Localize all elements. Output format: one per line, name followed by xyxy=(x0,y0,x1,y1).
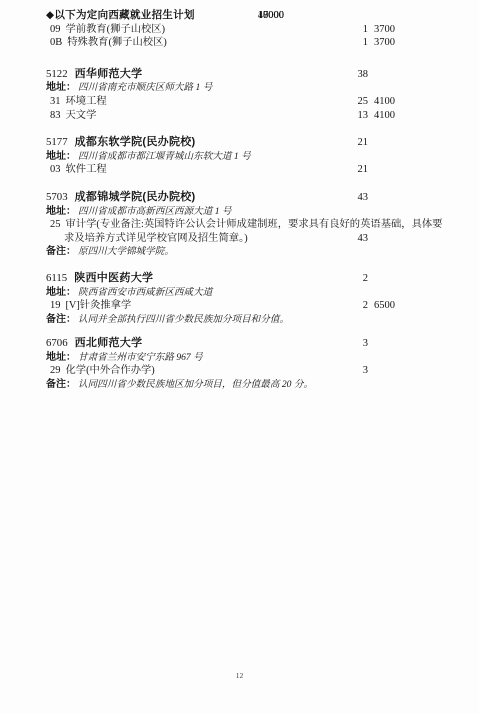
address-label: 地址： xyxy=(46,352,76,363)
remark-label: 备注： xyxy=(46,246,76,257)
course-row: 19[V]针灸推拿学26500 xyxy=(0,299,479,313)
page-number: 12 xyxy=(0,671,479,680)
university-row: 6706西北师范大学3 xyxy=(0,337,479,351)
document-page: ◆以下为定向西藏就业招生计划09学前教育(狮子山校区)137000B特殊教育(狮… xyxy=(0,0,479,713)
admission-plan-list: ◆以下为定向西藏就业招生计划09学前教育(狮子山校区)137000B特殊教育(狮… xyxy=(0,9,479,392)
tuition-fee: 40000 xyxy=(258,9,284,23)
remark-label: 备注： xyxy=(46,314,76,325)
tuition-fee: 4100 xyxy=(374,95,395,109)
university-code: 5177 xyxy=(46,136,68,148)
university-row: 5703成都锦城学院(民办院校)43 xyxy=(0,191,479,205)
enrollment-count: 2 xyxy=(363,272,368,286)
course-row: 09学前教育(狮子山校区)13700 xyxy=(0,23,479,37)
university-name: 陕西中医药大学 xyxy=(74,272,153,284)
enrollment-count: 2 xyxy=(363,299,368,313)
university-code: 6115 xyxy=(46,272,67,284)
section-university-6115: 6115陕西中医药大学2地址：陕西省西安市西咸新区西咸大道19[V]针灸推拿学2… xyxy=(0,272,479,326)
tuition-fee: 4100 xyxy=(374,109,395,123)
enrollment-count: 21 xyxy=(358,136,369,150)
address-label: 地址： xyxy=(46,151,76,162)
remark-label: 备注： xyxy=(46,379,76,390)
tuition-fee: 3700 xyxy=(374,36,395,50)
enrollment-count: 3 xyxy=(363,364,368,378)
address-text: 陕西省西安市西咸新区西咸大道 xyxy=(78,287,212,298)
address-row: 地址：甘肃省兰州市安宁东路 967 号 xyxy=(0,351,479,365)
course-row: 31环境工程254100 xyxy=(0,95,479,109)
remark-row: 备注：认同并全部执行四川省少数民族加分项目和分值。 xyxy=(0,313,479,327)
address-row: 地址：四川省成都市高新西区西源大道 1 号 xyxy=(0,205,479,219)
tuition-fee: 3700 xyxy=(374,23,395,37)
course-row: 25审计学(专业备注:英国特许公认会计师成建制班，要求具有良好的英语基础，具体要 xyxy=(0,218,479,232)
university-name: 西北师范大学 xyxy=(75,337,143,349)
section-university-6706: 6706西北师范大学3地址：甘肃省兰州市安宁东路 967 号29化学(中外合作办… xyxy=(0,337,479,391)
enrollment-count: 21 xyxy=(358,163,369,177)
section-university-5703: 5703成都锦城学院(民办院校)43地址：四川省成都市高新西区西源大道 1 号2… xyxy=(0,191,479,259)
section-tibet-directed-plan: ◆以下为定向西藏就业招生计划09学前教育(狮子山校区)137000B特殊教育(狮… xyxy=(0,9,479,50)
enrollment-count: 38 xyxy=(358,68,369,82)
enrollment-count: 3 xyxy=(363,337,368,351)
enrollment-count: 1 xyxy=(363,23,368,37)
address-text: 四川省成都市高新西区西源大道 1 号 xyxy=(78,206,232,217)
university-row: 5177成都东软学院(民办院校)21 xyxy=(0,136,479,150)
address-row: 地址：陕西省西安市西咸新区西咸大道 xyxy=(0,286,479,300)
plan-header-label: ◆以下为定向西藏就业招生计划 xyxy=(46,9,195,21)
remark-text: 认同四川省少数民族地区加分项目，但分值最高 20 分。 xyxy=(78,379,313,390)
university-code: 5122 xyxy=(46,68,68,80)
university-name: 成都锦城学院(民办院校) xyxy=(75,191,196,203)
university-name: 成都东软学院(民办院校) xyxy=(75,136,196,148)
university-code: 6706 xyxy=(46,337,68,349)
enrollment-count: 43 xyxy=(358,191,369,205)
course-code: 25 xyxy=(50,219,61,230)
enrollment-count: 43 xyxy=(358,232,369,246)
course-code: 0B xyxy=(50,37,62,48)
university-name: 西华师范大学 xyxy=(75,68,143,80)
address-label: 地址： xyxy=(46,82,76,93)
remark-text: 认同并全部执行四川省少数民族加分项目和分值。 xyxy=(78,314,289,325)
course-code: 19 xyxy=(50,300,61,311)
course-code: 29 xyxy=(50,365,61,376)
course-code: 09 xyxy=(50,24,61,35)
course-code: 31 xyxy=(50,96,61,107)
course-row: 83天文学134100 xyxy=(0,109,479,123)
course-name-continued: 求及培养方式详见学校官网及招生简章。) xyxy=(64,233,248,244)
course-name: [V]针灸推拿学 xyxy=(66,300,132,311)
address-label: 地址： xyxy=(46,287,76,298)
course-code: 03 xyxy=(50,164,61,175)
enrollment-count: 1 xyxy=(363,36,368,50)
remark-row: 备注：认同四川省少数民族地区加分项目，但分值最高 20 分。 xyxy=(0,378,479,392)
course-name: 特殊教育(狮子山校区) xyxy=(67,37,167,48)
course-name: 环境工程 xyxy=(66,96,107,107)
enrollment-count: 25 xyxy=(358,95,369,109)
course-name: 天文学 xyxy=(66,110,97,121)
course-row: 0B特殊教育(狮子山校区)13700 xyxy=(0,36,479,50)
address-text: 四川省成都市都江堰青城山东软大道 1 号 xyxy=(78,151,251,162)
address-row: 地址：四川省成都市都江堰青城山东软大道 1 号 xyxy=(0,150,479,164)
course-name: 学前教育(狮子山校区) xyxy=(66,24,166,35)
tuition-fee: 6500 xyxy=(374,299,395,313)
address-row: 地址：四川省南充市顺庆区师大路 1 号 xyxy=(0,81,479,95)
remark-text: 原四川大学锦城学院。 xyxy=(78,246,174,257)
remark-row: 备注：原四川大学锦城学院。 xyxy=(0,245,479,259)
university-row: 6115陕西中医药大学2 xyxy=(0,272,479,286)
address-text: 甘肃省兰州市安宁东路 967 号 xyxy=(78,352,203,363)
course-row: 29化学(中外合作办学)3 xyxy=(0,364,479,378)
course-name: 化学(中外合作办学) xyxy=(66,365,155,376)
section-university-5177: 5177成都东软学院(民办院校)21地址：四川省成都市都江堰青城山东软大道 1 … xyxy=(0,136,479,177)
course-code: 83 xyxy=(50,110,61,121)
header-row: ◆以下为定向西藏就业招生计划 xyxy=(0,9,479,23)
address-text: 四川省南充市顺庆区师大路 1 号 xyxy=(78,82,212,93)
wrap-row: 求及培养方式详见学校官网及招生简章。)43 xyxy=(0,232,479,246)
course-row: 03软件工程21 xyxy=(0,163,479,177)
course-name: 审计学(专业备注:英国特许公认会计师成建制班，要求具有良好的英语基础，具体要 xyxy=(66,219,443,230)
university-code: 5703 xyxy=(46,191,68,203)
section-university-5122: 5122西华师范大学38地址：四川省南充市顺庆区师大路 1 号31环境工程254… xyxy=(0,68,479,122)
course-name: 软件工程 xyxy=(66,164,107,175)
university-row: 5122西华师范大学38 xyxy=(0,68,479,82)
address-label: 地址： xyxy=(46,206,76,217)
enrollment-count: 13 xyxy=(358,109,369,123)
